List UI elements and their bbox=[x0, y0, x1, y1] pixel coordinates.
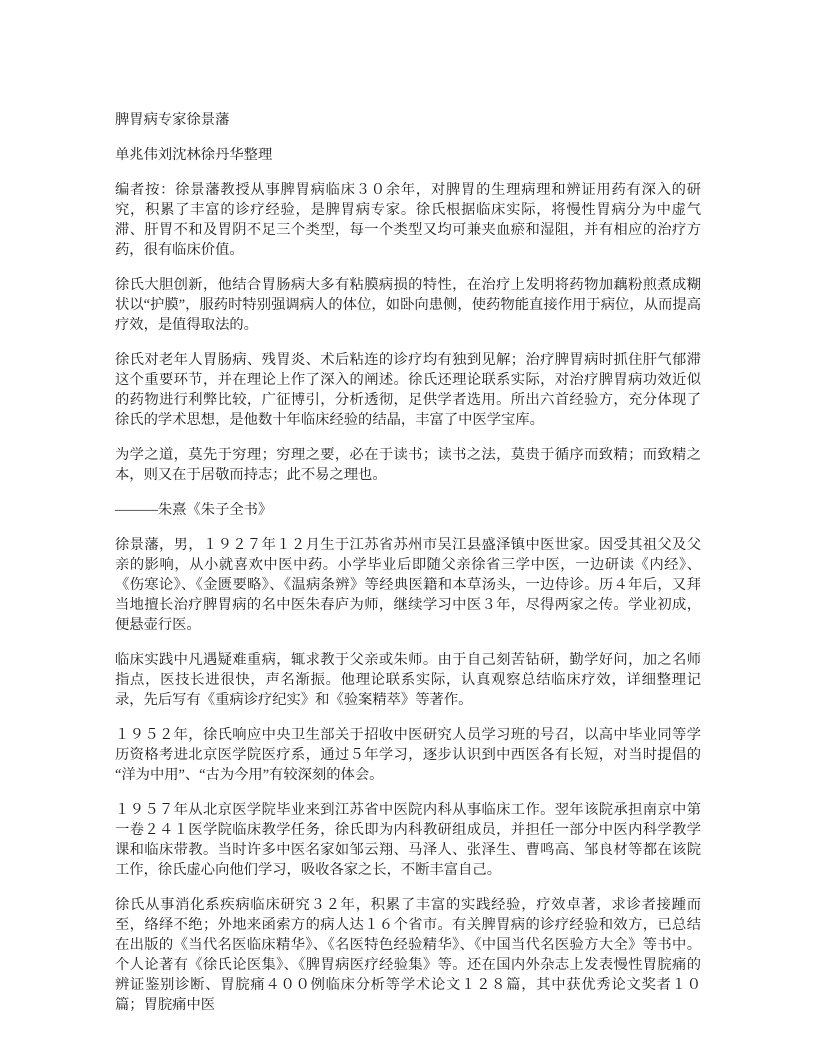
paragraph-1957: １９５７年从北京医学院毕业来到江苏省中医院内科从事临床工作。翌年该院承担南京中第… bbox=[115, 800, 701, 880]
paragraph-innovation: 徐氏大胆创新，他结合胃肠病大多有粘膜病损的特性，在治疗上发明将药物加藕粉煎煮成糊… bbox=[115, 275, 701, 335]
paragraph-research-achievements: 徐氏从事消化系疾病临床研究３２年，积累了丰富的实践经验，疗效卓著，求诊者接踵而至… bbox=[115, 895, 701, 1015]
document-byline: 单兆伟刘沈林徐丹华整理 bbox=[115, 145, 701, 165]
document-page: 脾胃病专家徐景藩 单兆伟刘沈林徐丹华整理 编者按：徐景藩教授从事脾胃病临床３０余… bbox=[0, 0, 816, 1056]
paragraph-biography-early: 徐景藩，男，１９２７年１２月生于江苏省苏州市吴江县盛泽镇中医世家。因受其祖父及父… bbox=[115, 535, 701, 635]
quote-attribution: ———朱熹《朱子全书》 bbox=[115, 500, 701, 520]
paragraph-editor-note: 编者按：徐景藩教授从事脾胃病临床３０余年，对脾胃的生理病理和辨证用药有深入的研究… bbox=[115, 180, 701, 260]
paragraph-quote: 为学之道，莫先于穷理；穷理之要，必在于读书；读书之法，莫贵于循序而致精；而致精之… bbox=[115, 445, 701, 485]
paragraph-clinical-practice: 临床实践中凡遇疑难重病，辄求教于父亲或朱师。由于自己刻苦钻研，勤学好问，加之名师… bbox=[115, 650, 701, 710]
document-title: 脾胃病专家徐景藩 bbox=[115, 110, 701, 130]
paragraph-insights: 徐氏对老年人胃肠病、残胃炎、术后粘连的诊疗均有独到见解；治疗脾胃病时抓住肝气郁滞… bbox=[115, 350, 701, 430]
paragraph-1952: １９５２年，徐氏响应中央卫生部关于招收中医研究人员学习班的号召，以高中毕业同等学… bbox=[115, 725, 701, 785]
